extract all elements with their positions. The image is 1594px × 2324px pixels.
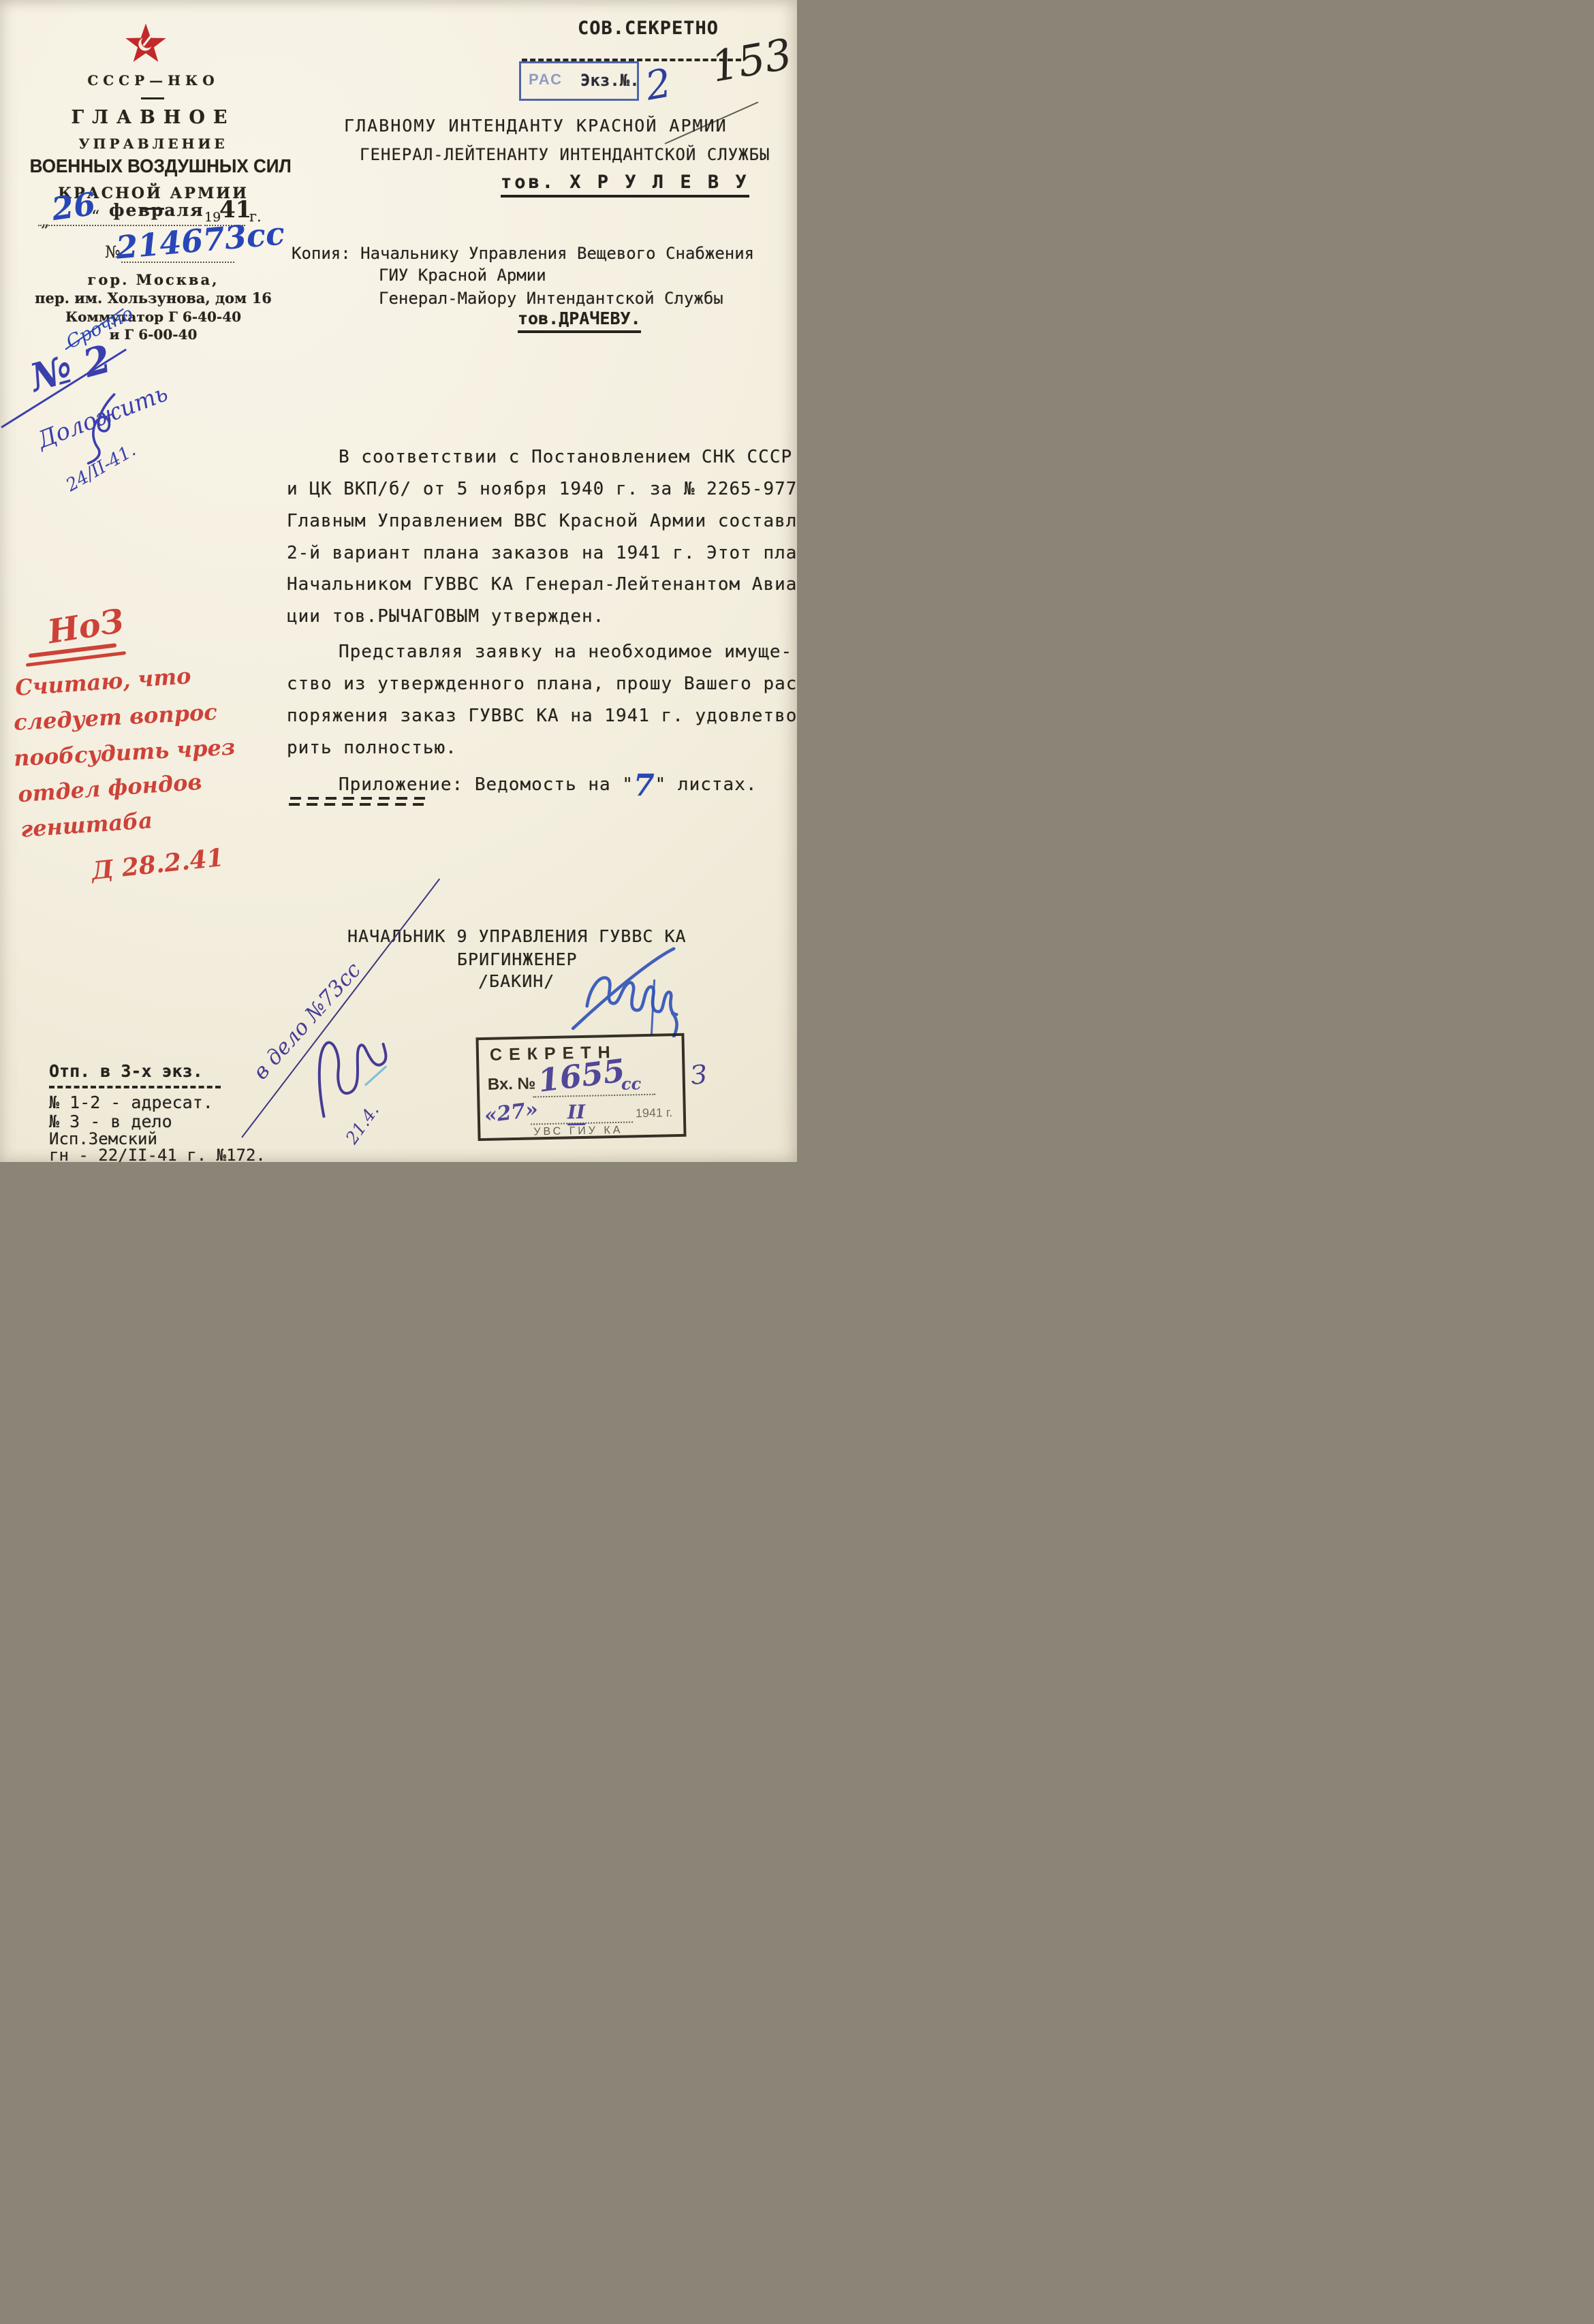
body-p1-line-5: Начальником ГУВВС КА Генерал-Лейтенантом…	[287, 574, 797, 595]
red-star-icon	[123, 20, 168, 65]
copy-line-3: Генерал-Майору Интендантской Службы	[379, 289, 723, 308]
letterhead-country: СССР—НКО	[20, 72, 286, 89]
attachment-dash-mark-2	[289, 803, 428, 806]
intake-date-year: 1941 г.	[636, 1105, 673, 1120]
attachment-number-handwritten: 7	[634, 768, 655, 803]
doc-number-dotted-leader	[121, 262, 234, 263]
copy-number-stamp-text: РАС	[529, 71, 563, 89]
address-line-2: пер. им. Хользунова, дом 16	[20, 289, 286, 307]
intake-side-mark-handwritten: З	[689, 1059, 708, 1090]
sheet-number-handwritten: 153	[708, 29, 796, 91]
attachment-prefix: Приложение: Ведомость на "	[339, 774, 634, 795]
intake-number-suffix-handwritten: сс	[621, 1073, 642, 1094]
body-p2-line-1: Представляя заявку на необходимое имуще-	[339, 642, 792, 662]
intake-date-month-handwritten: II	[567, 1101, 585, 1126]
intake-stamp-in-label: Вх. №	[488, 1074, 536, 1094]
red-note-line-2: следует вопрос	[13, 699, 217, 736]
letterhead-line1: ГЛАВНОЕ	[20, 107, 286, 128]
red-note-line-1: Считаю, что	[14, 663, 192, 701]
copy-line-4: тов.ДРАЧЕВУ.	[518, 309, 641, 333]
recipient-line-1: ГЛАВНОМУ ИНТЕНДАНТУ КРАСНОЙ АРМИИ	[344, 116, 728, 136]
date-open-quote: „	[41, 211, 49, 230]
copy-line-2: ГИУ Красной Армии	[379, 266, 546, 285]
recipient-line-3: тов. Х Р У Л Е В У	[501, 172, 749, 198]
body-p1-line-2: и ЦК ВКП/б/ от 5 ноября 1940 г. за № 226…	[287, 479, 797, 499]
resolution-number-handwritten: № 2	[25, 336, 115, 401]
intake-stamp: СЕКРЕТН Вх. № 1655 сс «27» II 1941 г. УВ…	[475, 1033, 686, 1141]
ekz-number-handwritten: 2	[642, 59, 674, 109]
body-p2-line-3: поряжения заказ ГУВВС КА на 1941 г. удов…	[287, 706, 797, 726]
letterhead-rule-top	[141, 97, 164, 99]
signer-title-line-1: НАЧАЛЬНИК 9 УПРАВЛЕНИЯ ГУВВС КА	[347, 926, 687, 946]
red-note-date: Д 28.2.41	[90, 843, 225, 885]
signer-name: /БАКИН/	[478, 971, 554, 991]
document-page: СССР—НКО ГЛАВНОЕ УПРАВЛЕНИЕ ВОЕННЫХ ВОЗД…	[0, 0, 797, 1162]
date-close-quote: “	[91, 207, 99, 226]
classification-label: СОВ.СЕКРЕТНО	[578, 18, 719, 39]
footer-line-3: № 3 - в дело	[49, 1112, 172, 1131]
body-p1-line-1: В соответствии с Постановлением СНК СССР	[339, 447, 792, 467]
attachment-suffix: " листах.	[655, 774, 757, 795]
signer-title-line-2: БРИГИНЖЕНЕР	[457, 949, 578, 969]
footer-line-2: № 1-2 - адресат.	[49, 1093, 213, 1112]
letterhead-line2: УПРАВЛЕНИЕ	[20, 136, 286, 152]
red-note-line-3: пообсудить чрез	[13, 734, 236, 772]
red-note-line-5: генштаба	[20, 807, 153, 842]
body-p1-line-6: ции тов.РЫЧАГОВЫМ утвержден.	[287, 606, 604, 627]
date-month: февраля	[109, 200, 204, 220]
footer-dashed-line	[49, 1086, 221, 1088]
address-line-1: гор. Москва,	[20, 271, 286, 288]
bakin-signature	[569, 945, 695, 1037]
date-day-handwritten: 26	[50, 185, 98, 227]
body-p2-line-4: рить полностью.	[287, 738, 457, 758]
footer-line-5: гн - 22/II-41 г. №172.	[49, 1146, 266, 1162]
body-p2-line-2: ство из утвержденного плана, прошу Вашег…	[287, 674, 797, 694]
body-p1-line-3: Главным Управлением ВВС Красной Армии со…	[287, 511, 797, 531]
letterhead-line3: ВОЕННЫХ ВОЗДУШНЫХ СИЛ	[30, 155, 277, 177]
ekz-label: Экз.№.	[580, 71, 640, 90]
intake-stamp-org: УВС ГИУ КА	[533, 1125, 623, 1139]
address-line-4: и Г 6-00-40	[20, 326, 286, 343]
body-p1-line-4: 2-й вариант плана заказов на 1941 г. Это…	[287, 543, 797, 563]
recipient-line-2: ГЕНЕРАЛ-ЛЕЙТЕНАНТУ ИНТЕНДАНТСКОЙ СЛУЖБЫ	[360, 145, 770, 164]
footer-line-1: Отп. в 3-х экз.	[49, 1061, 203, 1081]
red-note-line-4: отдел фондов	[17, 769, 203, 808]
copy-line-1: Копия: Начальнику Управления Вещевого Сн…	[292, 244, 754, 263]
doc-number-handwritten: 214673сс	[114, 215, 286, 266]
attachment-dash-mark-1	[290, 797, 426, 800]
address-line-3: Коммутатор Г 6-40-40	[20, 309, 286, 325]
